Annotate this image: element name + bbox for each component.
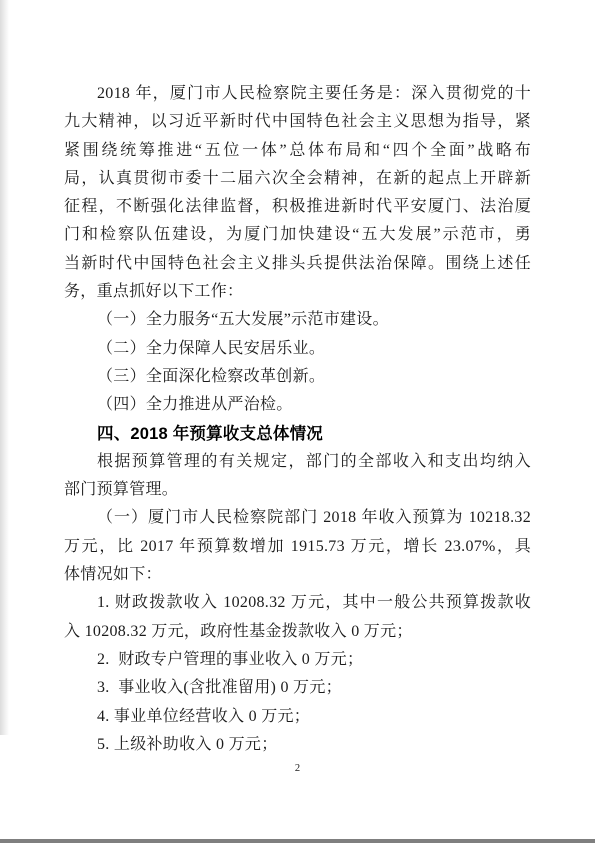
section-heading: 四、2018 年预算收支总体情况 [64, 420, 531, 448]
body-line: 紧围绕统筹推进“五位一体”总体布局和“四个全面”战略布 [64, 137, 531, 165]
list-item: 4. 事业单位经营收入 0 万元； [64, 703, 531, 731]
body-line: 门和检察队伍建设，为厦门加快建设“五大发展”示范市，勇 [64, 221, 531, 249]
list-item: 1. 财政拨款收入 10208.32 万元，其中一般公共预算拨款收 [64, 589, 531, 617]
body-line: 当新时代中国特色社会主义排头兵提供法治保障。围绕上述任 [64, 250, 531, 278]
list-item: 2. 财政专户管理的事业收入 0 万元； [64, 646, 531, 674]
page-number: 2 [0, 762, 595, 776]
page-bottom-edge [0, 839, 595, 843]
body-line: （一）厦门市人民检察院部门 2018 年收入预算为 10218.32 [64, 504, 531, 532]
body-line: 征程，不断强化法律监督，积极推进新时代平安厦门、法治厦 [64, 193, 531, 221]
list-item: 5. 上级补助收入 0 万元； [64, 731, 531, 759]
list-item: （四）全力推进从严治检。 [64, 391, 531, 419]
body-line: 局，认真贯彻市委十二届六次全会精神，在新的起点上开辟新 [64, 165, 531, 193]
list-item: （一）全力服务“五大发展”示范市建设。 [64, 306, 531, 334]
body-line: 入 10208.32 万元，政府性基金拨款收入 0 万元； [64, 618, 531, 646]
document-page: { "colors": { "text": "#1b1b1b", "page_b… [0, 0, 595, 843]
body-line: 万元，比 2017 年预算数增加 1915.73 万元，增长 23.07%，具 [64, 533, 531, 561]
document-body: 2018 年，厦门市人民检察院主要任务是：深入贯彻党的十 九大精神，以习近平新时… [64, 80, 531, 759]
body-line: 体情况如下： [64, 561, 531, 589]
list-item: 3. 事业收入(含批准留用) 0 万元； [64, 674, 531, 702]
list-item: （三）全面深化检察改革创新。 [64, 363, 531, 391]
body-line: 部门预算管理。 [64, 476, 531, 504]
body-line: 根据预算管理的有关规定，部门的全部收入和支出均纳入 [64, 448, 531, 476]
body-line: 九大精神，以习近平新时代中国特色社会主义思想为指导，紧 [64, 108, 531, 136]
body-line: 2018 年，厦门市人民检察院主要任务是：深入贯彻党的十 [64, 80, 531, 108]
body-line: 务，重点抓好以下工作： [64, 278, 531, 306]
page-edge-shadow [0, 0, 9, 735]
list-item: （二）全力保障人民安居乐业。 [64, 335, 531, 363]
